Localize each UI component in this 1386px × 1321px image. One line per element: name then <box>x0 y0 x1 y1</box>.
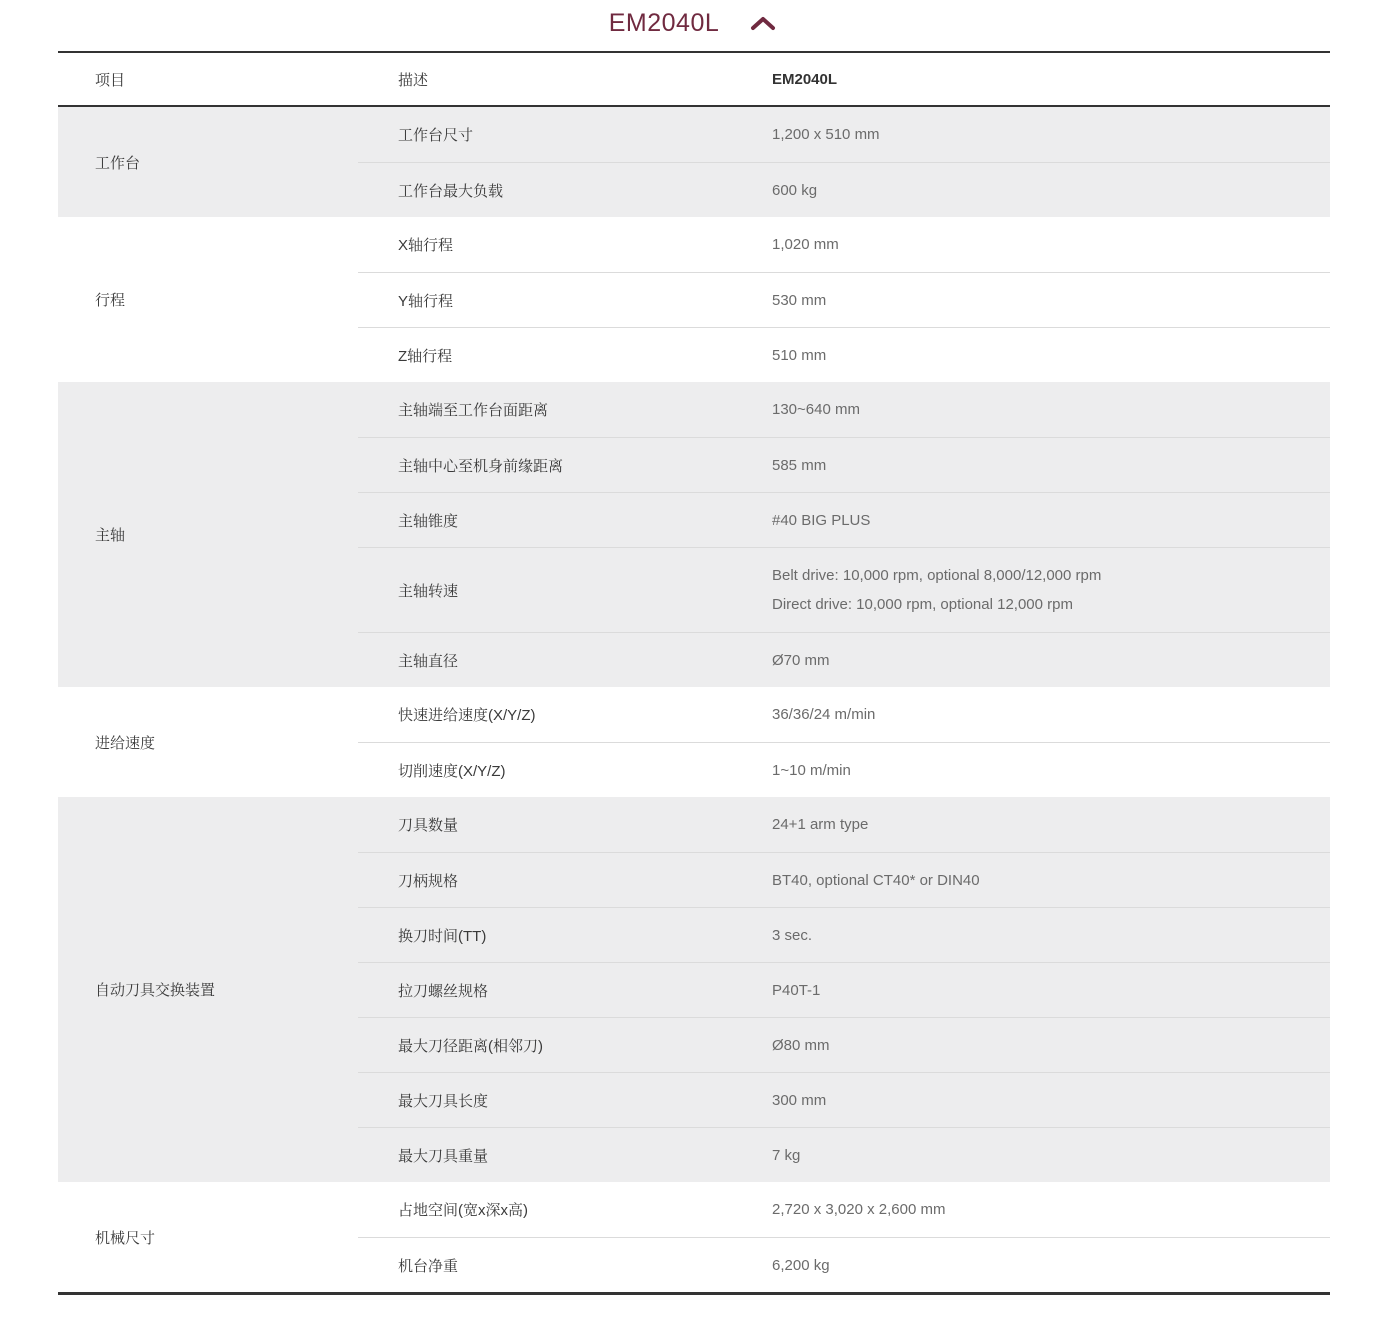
group-name: 行程 <box>58 217 358 382</box>
spec-label: 最大刀具长度 <box>358 1090 732 1111</box>
group-name: 自动刀具交换装置 <box>58 797 358 1182</box>
spec-value: 510 mm <box>732 347 1330 364</box>
table-row: 占地空间(宽x深x高) 2,720 x 3,020 x 2,600 mm <box>358 1182 1330 1237</box>
table-row: 切削速度(X/Y/Z) 1~10 m/min <box>358 742 1330 797</box>
spec-value: #40 BIG PLUS <box>732 512 1330 529</box>
table-row: X轴行程 1,020 mm <box>358 217 1330 272</box>
spec-label: 刀具数量 <box>358 814 732 835</box>
column-header-desc: 描述 <box>358 69 732 90</box>
table-row: 工作台最大负载 600 kg <box>358 162 1330 217</box>
spec-value: Belt drive: 10,000 rpm, optional 8,000/1… <box>732 561 1330 619</box>
table-row: 换刀时间(TT) 3 sec. <box>358 907 1330 962</box>
spec-value: 585 mm <box>732 457 1330 474</box>
group-name: 主轴 <box>58 382 358 687</box>
table-row: 刀具数量 24+1 arm type <box>358 797 1330 852</box>
spec-value: 24+1 arm type <box>732 816 1330 833</box>
spec-label: 快速进给速度(X/Y/Z) <box>358 704 732 725</box>
group-name: 工作台 <box>58 107 358 217</box>
spec-group: 进给速度 快速进给速度(X/Y/Z) 36/36/24 m/min 切削速度(X… <box>58 687 1330 797</box>
spec-label: 主轴端至工作台面距离 <box>358 399 732 420</box>
spec-value: 7 kg <box>732 1147 1330 1164</box>
table-row: 机台净重 6,200 kg <box>358 1237 1330 1292</box>
spec-label: Y轴行程 <box>358 290 732 311</box>
spec-label: X轴行程 <box>358 234 732 255</box>
table-row: Y轴行程 530 mm <box>358 272 1330 327</box>
table-row: 主轴锥度 #40 BIG PLUS <box>358 492 1330 547</box>
spec-label: 最大刀径距离(相邻刀) <box>358 1035 732 1056</box>
spec-label: 换刀时间(TT) <box>358 925 732 946</box>
column-header-model: EM2040L <box>732 71 1330 88</box>
spec-value: P40T-1 <box>732 982 1330 999</box>
accordion-title: EM2040L <box>609 9 720 38</box>
table-row: 刀柄规格 BT40, optional CT40* or DIN40 <box>358 852 1330 907</box>
spec-label: 刀柄规格 <box>358 870 732 891</box>
spec-value: 6,200 kg <box>732 1257 1330 1274</box>
spec-value: 600 kg <box>732 182 1330 199</box>
spec-label: 主轴直径 <box>358 650 732 671</box>
spec-label: 占地空间(宽x深x高) <box>358 1199 732 1220</box>
spec-group: 机械尺寸 占地空间(宽x深x高) 2,720 x 3,020 x 2,600 m… <box>58 1182 1330 1292</box>
spec-label: 主轴中心至机身前缘距离 <box>358 455 732 476</box>
spec-value: 3 sec. <box>732 927 1330 944</box>
group-rows: X轴行程 1,020 mm Y轴行程 530 mm Z轴行程 510 mm <box>358 217 1330 382</box>
spec-group: 工作台 工作台尺寸 1,200 x 510 mm 工作台最大负载 600 kg <box>58 107 1330 217</box>
table-body: 工作台 工作台尺寸 1,200 x 510 mm 工作台最大负载 600 kg … <box>58 107 1330 1292</box>
spec-label: 主轴转速 <box>358 580 732 601</box>
spec-value: 1~10 m/min <box>732 762 1330 779</box>
spec-group: 自动刀具交换装置 刀具数量 24+1 arm type 刀柄规格 BT40, o… <box>58 797 1330 1182</box>
spec-value: 1,020 mm <box>732 236 1330 253</box>
group-rows: 工作台尺寸 1,200 x 510 mm 工作台最大负载 600 kg <box>358 107 1330 217</box>
spec-value: 36/36/24 m/min <box>732 706 1330 723</box>
spec-value: 2,720 x 3,020 x 2,600 mm <box>732 1201 1330 1218</box>
group-rows: 占地空间(宽x深x高) 2,720 x 3,020 x 2,600 mm 机台净… <box>358 1182 1330 1292</box>
spec-group: 主轴 主轴端至工作台面距离 130~640 mm 主轴中心至机身前缘距离 585… <box>58 382 1330 687</box>
table-row: Z轴行程 510 mm <box>358 327 1330 382</box>
spec-value: Ø70 mm <box>732 652 1330 669</box>
spec-label: 机台净重 <box>358 1255 732 1276</box>
group-name: 机械尺寸 <box>58 1182 358 1292</box>
chevron-up-icon[interactable] <box>749 15 777 32</box>
table-row: 最大刀具重量 7 kg <box>358 1127 1330 1182</box>
spec-value: BT40, optional CT40* or DIN40 <box>732 872 1330 889</box>
group-rows: 主轴端至工作台面距离 130~640 mm 主轴中心至机身前缘距离 585 mm… <box>358 382 1330 687</box>
column-header-item: 项目 <box>58 69 358 90</box>
spec-value: 300 mm <box>732 1092 1330 1109</box>
table-row: 最大刀径距离(相邻刀) Ø80 mm <box>358 1017 1330 1072</box>
spec-label: 工作台尺寸 <box>358 124 732 145</box>
spec-value: Ø80 mm <box>732 1037 1330 1054</box>
spec-label: 切削速度(X/Y/Z) <box>358 760 732 781</box>
spec-value-line: Direct drive: 10,000 rpm, optional 12,00… <box>772 590 1330 619</box>
table-row: 主轴端至工作台面距离 130~640 mm <box>358 382 1330 437</box>
table-row: 快速进给速度(X/Y/Z) 36/36/24 m/min <box>358 687 1330 742</box>
table-row: 拉刀螺丝规格 P40T-1 <box>358 962 1330 1017</box>
spec-label: 最大刀具重量 <box>358 1145 732 1166</box>
spec-label: 拉刀螺丝规格 <box>358 980 732 1001</box>
spec-value: 130~640 mm <box>732 401 1330 418</box>
spec-label: 主轴锥度 <box>358 510 732 531</box>
group-name: 进给速度 <box>58 687 358 797</box>
table-row: 工作台尺寸 1,200 x 510 mm <box>358 107 1330 162</box>
spec-group: 行程 X轴行程 1,020 mm Y轴行程 530 mm Z轴行程 510 mm <box>58 217 1330 382</box>
group-rows: 刀具数量 24+1 arm type 刀柄规格 BT40, optional C… <box>358 797 1330 1182</box>
accordion-header[interactable]: EM2040L <box>0 0 1386 40</box>
table-row: 主轴中心至机身前缘距离 585 mm <box>358 437 1330 492</box>
group-rows: 快速进给速度(X/Y/Z) 36/36/24 m/min 切削速度(X/Y/Z)… <box>358 687 1330 797</box>
table-row: 最大刀具长度 300 mm <box>358 1072 1330 1127</box>
spec-table: 项目 描述 EM2040L 工作台 工作台尺寸 1,200 x 510 mm 工… <box>58 51 1330 1295</box>
table-row: 主轴转速 Belt drive: 10,000 rpm, optional 8,… <box>358 547 1330 632</box>
spec-label: 工作台最大负载 <box>358 180 732 201</box>
spec-value: 1,200 x 510 mm <box>732 126 1330 143</box>
spec-label: Z轴行程 <box>358 345 732 366</box>
spec-value-line: Belt drive: 10,000 rpm, optional 8,000/1… <box>772 561 1330 590</box>
spec-value: 530 mm <box>732 292 1330 309</box>
table-header-row: 项目 描述 EM2040L <box>58 53 1330 107</box>
table-row: 主轴直径 Ø70 mm <box>358 632 1330 687</box>
